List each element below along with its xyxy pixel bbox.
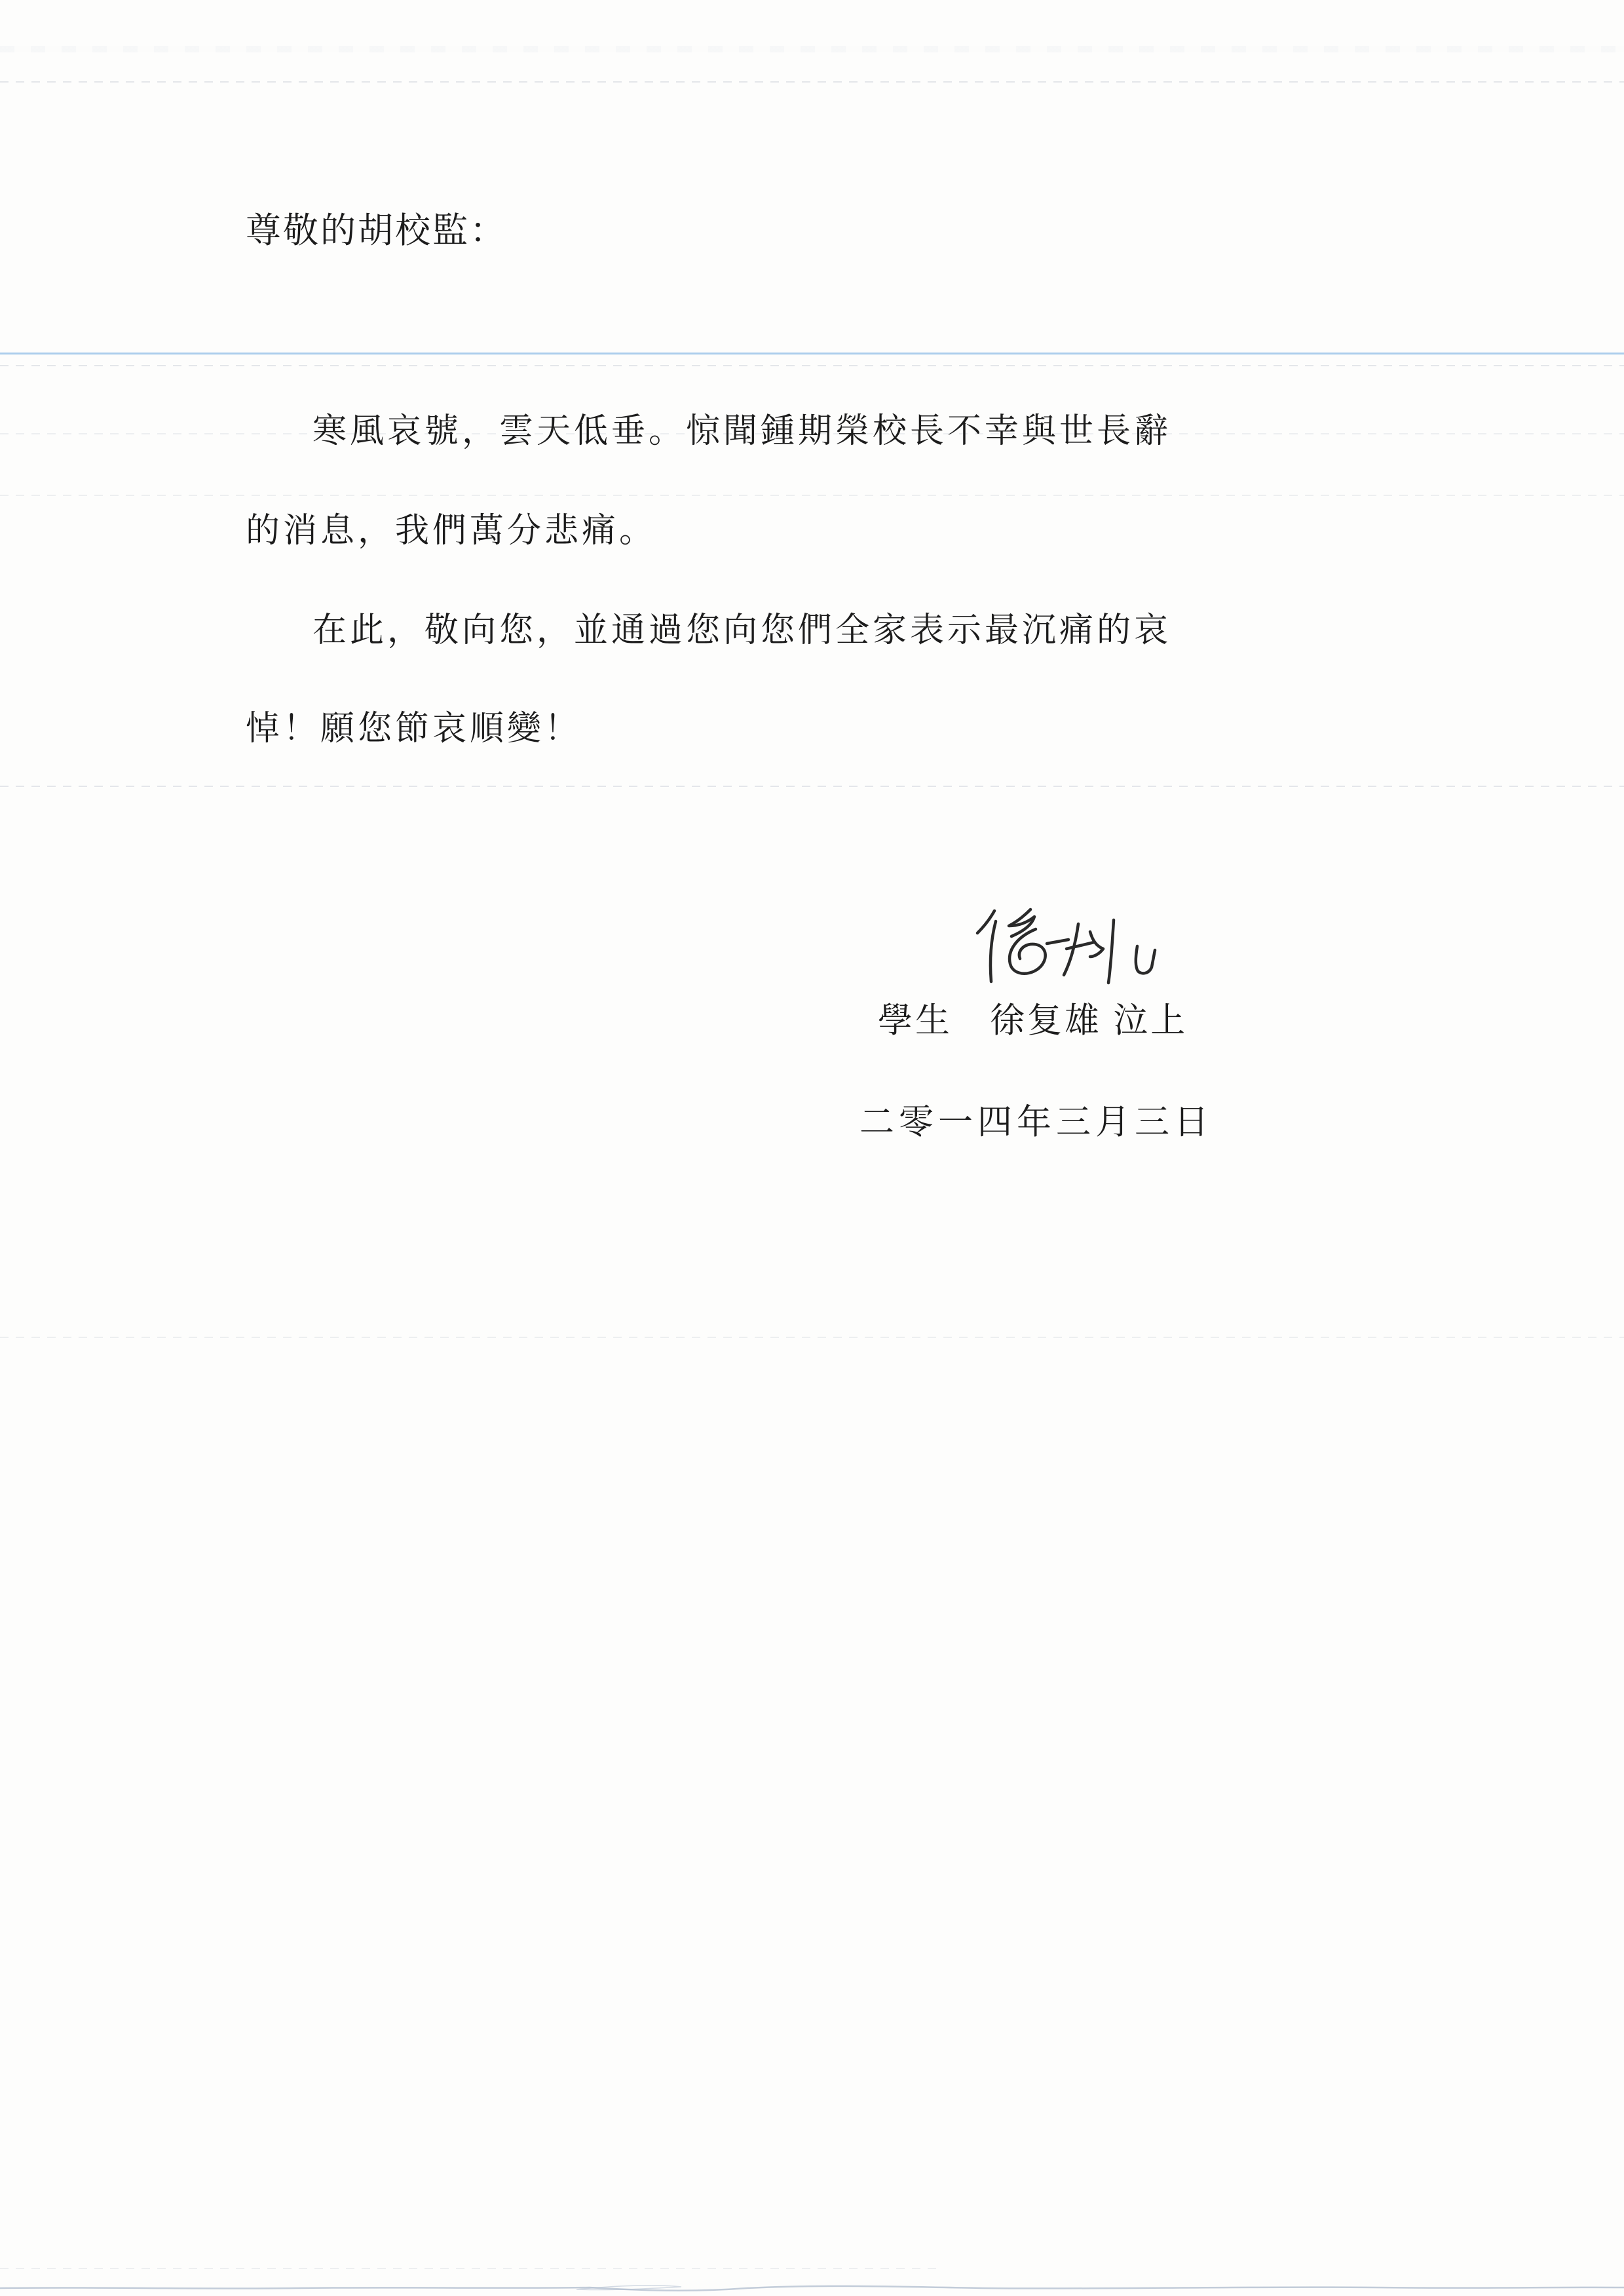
scan-artifact-line xyxy=(0,1337,1624,1338)
body-line-2: 的消息，我們萬分悲痛。 xyxy=(246,514,656,548)
handwritten-signature xyxy=(968,903,1184,991)
scan-artifact-line xyxy=(0,2268,942,2269)
scan-artifact-noise-band xyxy=(0,46,1624,52)
body-line-3: 在此，敬向您，並通過您向您們全家表示最沉痛的哀 xyxy=(312,614,1171,648)
letter-page: 尊敬的胡校監： 寒風哀號，雲天低垂。惊聞鍾期榮校長不幸與世長辭 的消息，我們萬分… xyxy=(0,0,1624,2296)
scan-artifact-line xyxy=(0,786,1624,787)
scan-artifact-line xyxy=(0,495,1624,496)
body-line-4: 悼！願您節哀順變！ xyxy=(246,712,582,746)
paper-bottom-edge xyxy=(0,2279,1624,2296)
date-line: 二零一四年三月三日 xyxy=(859,1105,1213,1140)
signature-strokes xyxy=(968,903,1184,991)
signer-line: 學生 徐复雄 泣上 xyxy=(878,1004,1188,1039)
scan-artifact-line xyxy=(0,81,1624,83)
scan-artifact-blue-line xyxy=(0,353,1624,354)
scan-artifact-line xyxy=(0,365,1624,366)
body-line-1: 寒風哀號，雲天低垂。惊聞鍾期榮校長不幸與世長辭 xyxy=(312,415,1171,449)
salutation: 尊敬的胡校監： xyxy=(246,213,507,248)
